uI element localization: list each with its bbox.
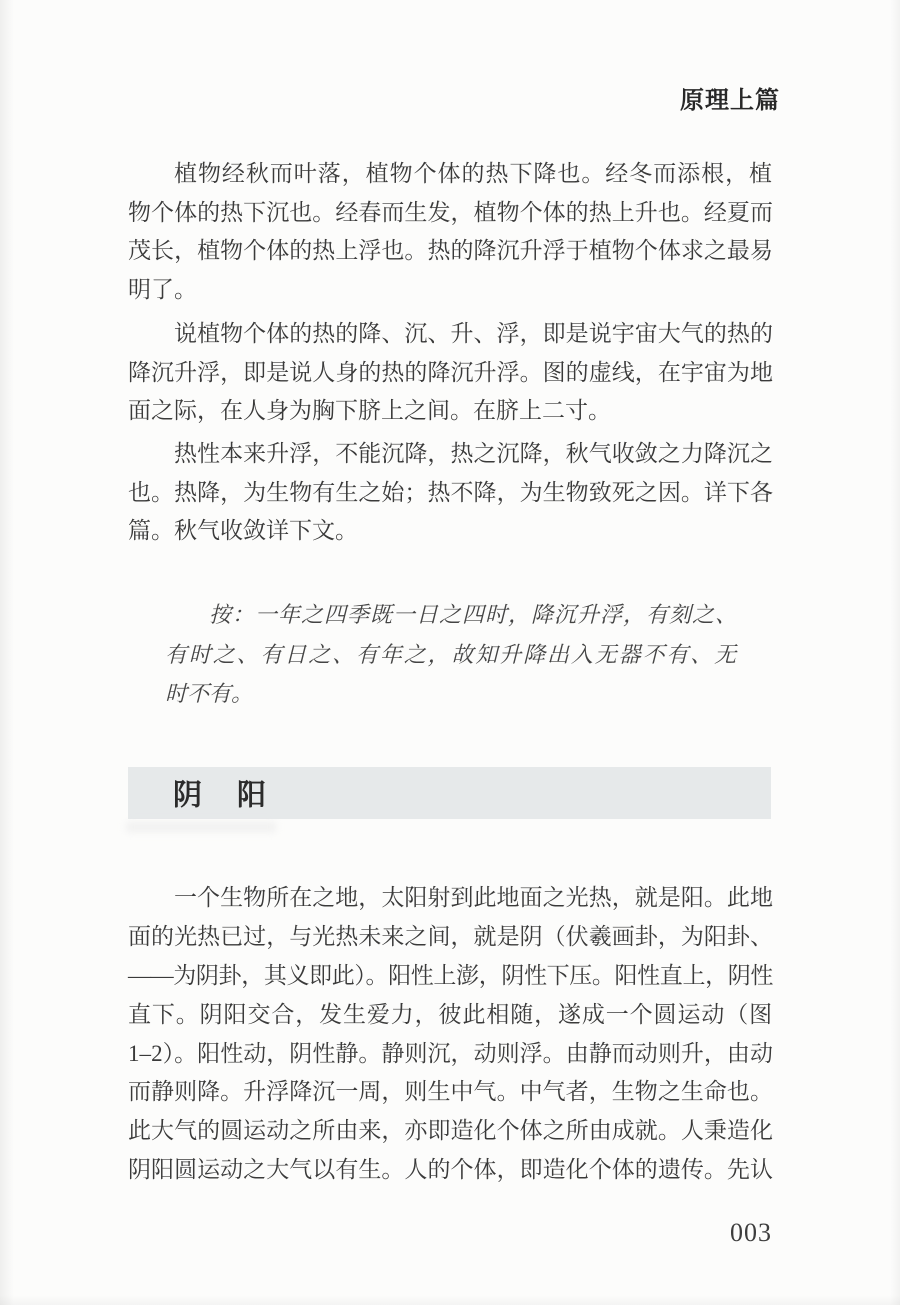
- text-line: 也。热降，为生物有生之始；热不降，为生物致死之因。详下各: [128, 474, 773, 513]
- text-line: 物个体的热下沉也。经春而生发，植物个体的热上升也。经夏而: [128, 194, 773, 233]
- note-line: 按：一年之四季既一日之四时，降沉升浮，有刻之、: [165, 595, 738, 635]
- text-line: 降沉升浮，即是说人身的热的降沉升浮。图的虚线，在宇宙为地: [128, 354, 773, 393]
- scan-edge-shadow-bottom: [0, 1295, 900, 1305]
- text-line: 植物经秋而叶落，植物个体的热下降也。经冬而添根，植: [128, 155, 773, 194]
- note-line: 有时之、有日之、有年之，故知升降出入无器不有、无: [165, 635, 738, 675]
- book-page: 原理上篇 植物经秋而叶落，植物个体的热下降也。经冬而添根，植 物个体的热下沉也。…: [0, 0, 900, 1305]
- text-line: 一个生物所在之地，太阳射到此地面之光热，就是阳。此地: [128, 879, 773, 918]
- section-heading-bar: 阴 阳: [128, 767, 771, 819]
- note-line: 时不有。: [165, 674, 738, 714]
- text-line: 面之际，在人身为胸下脐上之间。在脐上二寸。: [128, 392, 773, 431]
- paragraph-universe-heat: 说植物个体的热的降、沉、升、浮，即是说宇宙大气的热的 降沉升浮，即是说人身的热的…: [128, 315, 773, 431]
- scan-smudge: [126, 822, 276, 832]
- text-line: 阴阳圆运动之大气以有生。人的个体，即造化个体的遗传。先认: [128, 1151, 773, 1190]
- paragraph-plant-heat: 植物经秋而叶落，植物个体的热下降也。经冬而添根，植 物个体的热下沉也。经春而生发…: [128, 155, 773, 309]
- annotation-note: 按：一年之四季既一日之四时，降沉升浮，有刻之、 有时之、有日之、有年之，故知升降…: [165, 595, 738, 714]
- running-header: 原理上篇: [680, 80, 780, 115]
- text-line: 此大气的圆运动之所由来，亦即造化个体之所由成就。人秉造化: [128, 1112, 773, 1151]
- text-line: 明了。: [128, 271, 773, 310]
- text-line: ——为阴卦，其义即此）。阳性上澎，阴性下压。阳性直上，阴性: [128, 957, 773, 996]
- page-number: 003: [730, 1218, 772, 1248]
- text-line: 而静则降。升浮降沉一周，则生中气。中气者，生物之生命也。: [128, 1073, 773, 1112]
- text-line: 1–2）。阳性动，阴性静。静则沉，动则浮。由静而动则升，由动: [128, 1035, 773, 1074]
- text-line: 说植物个体的热的降、沉、升、浮，即是说宇宙大气的热的: [128, 315, 773, 354]
- scan-edge-shadow-left: [0, 0, 14, 1305]
- paragraph-yin-yang: 一个生物所在之地，太阳射到此地面之光热，就是阳。此地 面的光热已过，与光热未来之…: [128, 879, 773, 1190]
- text-line: 热性本来升浮，不能沉降，热之沉降，秋气收敛之力降沉之: [128, 435, 773, 474]
- scan-edge-shadow-right: [890, 0, 900, 1305]
- text-line: 茂长，植物个体的热上浮也。热的降沉升浮于植物个体求之最易: [128, 232, 773, 271]
- text-line: 直下。阴阳交合，发生爱力，彼此相随，遂成一个圆运动（图: [128, 996, 773, 1035]
- text-line: 面的光热已过，与光热未来之间，就是阴（伏羲画卦，为阳卦、: [128, 918, 773, 957]
- section-heading: 阴 阳: [173, 773, 269, 814]
- text-line: 篇。秋气收敛详下文。: [128, 512, 773, 551]
- paragraph-heat-nature: 热性本来升浮，不能沉降，热之沉降，秋气收敛之力降沉之 也。热降，为生物有生之始；…: [128, 435, 773, 551]
